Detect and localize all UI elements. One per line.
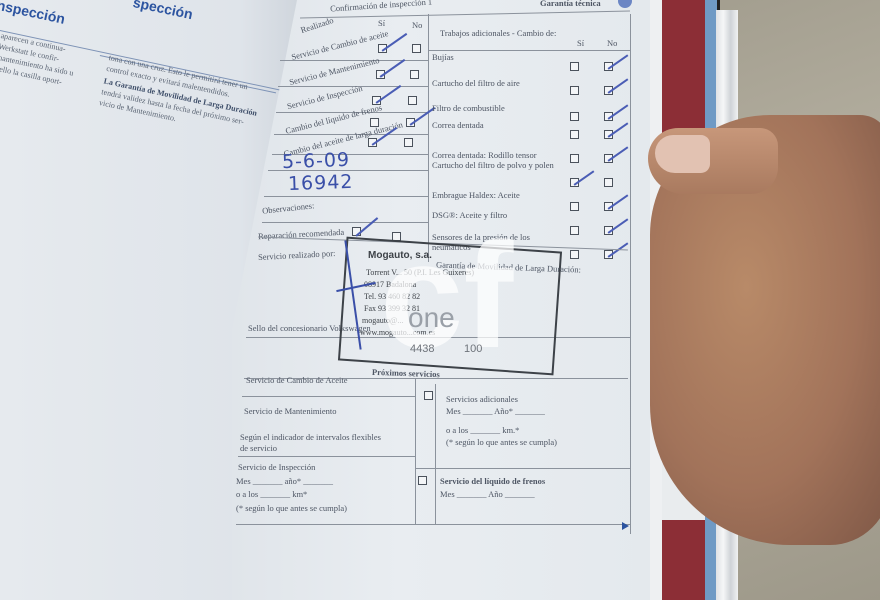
right-row-si-checkbox[interactable] <box>570 226 579 235</box>
left-row-no-checkbox[interactable] <box>408 96 417 105</box>
right-row-label: Correa dentada: Rodillo tensor <box>432 150 562 160</box>
watermark-number-right: 100 <box>464 343 482 355</box>
additional-services-label: Servicios adicionales <box>446 394 518 404</box>
right-row-label: Embrague Haldex: Aceite <box>432 190 562 200</box>
right-row-si-checkbox[interactable] <box>570 202 579 211</box>
inspection-line-2: o a los _______ km* <box>236 489 307 499</box>
left-paragraph-1: aparecen a continua- Werkstatt le confir… <box>0 30 79 89</box>
watermark-logo: cf <box>380 220 513 370</box>
right-row-si-checkbox[interactable] <box>570 62 579 71</box>
right-header-rule <box>428 50 630 51</box>
handwritten-km: 16942 <box>288 171 354 195</box>
right-row-label: Cartucho del filtro de aire <box>432 78 562 88</box>
left-page-heading: inspección <box>0 0 67 27</box>
additional-line-1: Mes _______ Año* _______ <box>446 406 545 416</box>
row-rule <box>238 456 415 457</box>
table-right-border <box>630 14 631 534</box>
row-rule <box>242 396 415 397</box>
right-col-si: Sí <box>577 38 584 48</box>
services-bottom-rule <box>236 524 630 525</box>
right-row-label: Filtro de combustible <box>432 103 562 113</box>
brake-fluid-checkbox[interactable] <box>418 476 427 485</box>
right-row-si-checkbox[interactable] <box>570 130 579 139</box>
right-row-label: Cartucho del filtro de polvo y polen <box>432 160 562 170</box>
left-row-no-checkbox[interactable] <box>410 70 419 79</box>
brake-fluid-line: Mes _______ Año _______ <box>440 489 535 499</box>
inspection-note: (* según lo que antes se cumpla) <box>236 503 347 513</box>
left-row-no-checkbox[interactable] <box>412 44 421 53</box>
next-maintenance-service: Servicio de Mantenimiento <box>244 406 337 416</box>
left-col-no: No <box>412 20 422 30</box>
inspection-line-1: Mes _______ año* _______ <box>236 476 333 486</box>
maintenance-note-1: Según el indicador de intervalos flexibl… <box>240 432 381 442</box>
watermark-number-left: 4438 <box>410 343 434 355</box>
watermark-word: one <box>408 302 455 334</box>
next-oil-service: Servicio de Cambio de Aceite <box>246 375 348 385</box>
left-row-no-checkbox[interactable] <box>404 138 413 147</box>
next-inspection-service: Servicio de Inspección <box>238 462 315 472</box>
thumbnail <box>655 135 710 173</box>
right-row-no-checkbox[interactable] <box>604 178 613 187</box>
services-divider-2 <box>435 384 436 524</box>
left-paragraph-2: tona con una cruz. Esto le permitirá ten… <box>98 52 263 140</box>
brake-fluid-label: Servicio del líquido de frenos <box>440 476 545 486</box>
row-rule <box>268 170 428 171</box>
right-row-label: Correa dentada <box>432 120 562 130</box>
maintenance-note-2: de servicio <box>240 443 277 453</box>
right-row-si-checkbox[interactable] <box>570 112 579 121</box>
row-rule <box>264 196 428 197</box>
right-row-si-checkbox[interactable] <box>570 86 579 95</box>
additional-note: (* según lo que antes se cumpla) <box>446 437 557 447</box>
left-col-si: Sí <box>378 18 385 28</box>
right-table-header: Trabajos adicionales - Cambio de: <box>440 28 556 38</box>
right-row-label: Bujías <box>432 52 562 62</box>
left-page-heading-top: spección <box>132 0 195 22</box>
right-col-no: No <box>607 38 617 48</box>
right-row-si-checkbox[interactable] <box>570 250 579 259</box>
page-arrow-icon <box>622 522 629 530</box>
row-rule <box>415 468 630 469</box>
page-header-right: Garantía técnica <box>540 0 601 8</box>
additional-line-2: o a los _______ km.* <box>446 425 519 435</box>
services-divider <box>415 378 416 524</box>
additional-services-checkbox[interactable] <box>424 391 433 400</box>
right-row-si-checkbox[interactable] <box>570 154 579 163</box>
